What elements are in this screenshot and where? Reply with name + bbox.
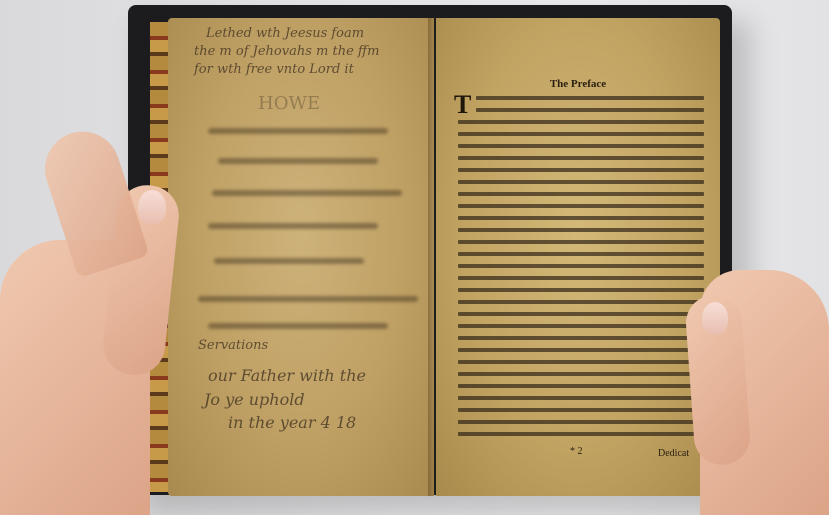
text-line [458,336,704,340]
text-line [458,420,704,424]
strikethrough [212,190,402,196]
text-line [458,264,704,268]
text-line [458,132,704,136]
text-line [458,396,704,400]
text-line [458,432,704,436]
strikethrough [208,128,388,134]
text-line [458,144,704,148]
text-line [458,240,704,244]
text-line [458,192,704,196]
text-line [458,384,704,388]
text-line [458,168,704,172]
strikethrough [208,323,388,329]
handwriting-line: for wth free vnto Lord it [194,62,354,77]
handwriting-line: Lethed wth Jeesus foam [206,26,364,41]
drop-cap: T [454,90,471,120]
text-line [458,372,704,376]
text-line [476,108,704,112]
strikethrough [218,158,378,164]
left-page-handwritten: Lethed wth Jeesus foam the m of Jehovahs… [168,18,434,496]
right-page-printed: The Preface T * 2 Dedicat [436,18,720,496]
text-line [458,216,704,220]
text-line [476,96,704,100]
strikethrough [214,258,364,264]
text-line [458,408,704,412]
strikethrough [208,223,378,229]
left-thumbnail [138,190,166,224]
text-line [458,276,704,280]
text-line [458,156,704,160]
handwriting-line: our Father with the [208,366,366,385]
handwriting-line: Servations [198,338,268,353]
text-line [458,228,704,232]
text-line [458,360,704,364]
signature-mark: * 2 [570,446,583,457]
text-line [458,252,704,256]
text-line [458,288,704,292]
handwriting-line: Jo ye uphold [204,390,305,409]
preface-heading: The Preface [436,78,720,90]
text-line [458,348,704,352]
text-line [458,120,704,124]
text-line [458,300,704,304]
text-line [458,324,704,328]
text-line [458,312,704,316]
catchword: Dedicat [658,448,689,459]
photo-scene: Lethed wth Jeesus foam the m of Jehovahs… [0,0,829,515]
left-page-header: HOWE [258,93,320,114]
strikethrough [198,296,418,302]
handwriting-line: in the year 4 18 [228,413,356,432]
right-thumbnail [702,302,728,334]
text-line [458,204,704,208]
text-line [458,180,704,184]
handwriting-line: the m of Jehovahs m the ffm [194,44,379,59]
